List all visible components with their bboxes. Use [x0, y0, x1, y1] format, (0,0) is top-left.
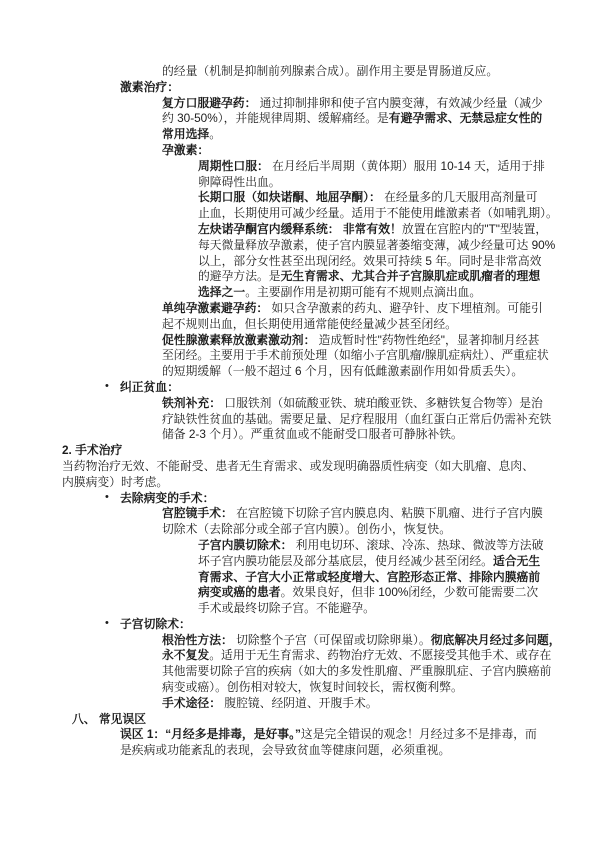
text-segment: 内膜病变）时考虑。: [62, 475, 168, 489]
bullet-icon: •: [105, 616, 109, 632]
text-segment: 放置在宫腔内的"T"型装置，: [402, 222, 547, 236]
text-segment: 切除术（去除部分或全部子宫内膜）。创伤小，恢复快。: [162, 522, 451, 536]
text-segment: 以上，部分女性甚至出现闭经。效果可持续 5 年。同时是非常高效: [198, 254, 541, 268]
text-segment: 储备 2-3 个月）。严重贫血或不能耐受口服者可静脉补铁。: [162, 427, 463, 441]
text-segment: 腹腔镜、经阴道、开腹手术。: [221, 696, 378, 710]
doc-line: 育需求、子宫大小正常或轻度增大、宫腔形态正常、排除内膜癌前: [62, 570, 569, 586]
doc-line: 止血，长期使用可减少经量。适用于不能使用雌激素者（如哺乳期）。: [62, 206, 569, 222]
doc-line: 根治性方法： 切除整个子宫（可保留或切除卵巢）。彻底解决月经过多问题，: [62, 633, 569, 649]
doc-line: 宫腔镜手术： 在宫腔镜下切除子宫内膜息肉、粘膜下肌瘤、进行子宫内膜: [62, 506, 569, 522]
text-segment: 育需求、子宫大小正常或轻度增大、宫腔形态正常、排除内膜癌前: [198, 570, 540, 584]
text-segment: 宫腔镜手术：: [162, 506, 233, 520]
doc-line: 切除术（去除部分或全部子宫内膜）。创伤小，恢复快。: [62, 522, 569, 538]
text-segment: 孕激素：: [162, 143, 209, 157]
text-segment: 在经量多的几天服用高剂量可: [381, 190, 538, 204]
doc-line: 手术途径： 腹腔镜、经阴道、开腹手术。: [62, 696, 569, 712]
text-segment: 起不规则出血，但长期使用通常能使经量减少甚至闭经。: [162, 317, 457, 331]
doc-line: 是疾病或功能紊乱的表现，会导致贫血等健康问题，必须重视。: [62, 743, 569, 759]
doc-line: 手术或最终切除子宫。不能避孕。: [62, 601, 569, 617]
text-segment: 每天微量释放孕激素，使子宫内膜显著萎缩变薄，减少经量可达 90%: [198, 238, 555, 252]
text-segment: 单纯孕激素避孕药：: [162, 301, 268, 315]
text-segment: 的短期缓解（一般不超过 6 个月，因有低雌激素副作用如骨质丢失）。: [162, 364, 523, 378]
text-segment: 病变或癌的患者: [198, 585, 281, 599]
text-segment: 手术或最终切除子宫。不能避孕。: [198, 601, 375, 615]
text-segment: 在宫腔镜下切除子宫内膜息肉、粘膜下肌瘤、进行子宫内膜: [233, 506, 543, 520]
text-segment: 这是完全错误的观念！月经过多不是排毒，而: [301, 727, 537, 741]
text-segment: 八、 常见误区: [72, 712, 146, 726]
doc-line: •纠正贫血：: [62, 380, 569, 396]
text-segment: 选择之一: [198, 285, 245, 299]
doc-line: 激素治疗：: [62, 80, 569, 96]
doc-line: 长期口服（如炔诺酮、地屈孕酮）： 在经量多的几天服用高剂量可: [62, 190, 569, 206]
text-segment: 切除整个子宫（可保留或切除卵巢）。: [233, 633, 431, 647]
doc-line: 内膜病变）时考虑。: [62, 475, 569, 491]
text-segment: 纠正贫血：: [120, 380, 179, 394]
doc-line: •子宫切除术：: [62, 617, 569, 633]
doc-line: 卵障碍性出血。: [62, 175, 569, 191]
text-segment: 永不复发: [162, 648, 209, 662]
text-segment: 子宫切除术：: [120, 617, 191, 631]
doc-line: 储备 2-3 个月）。严重贫血或不能耐受口服者可静脉补铁。: [62, 427, 569, 443]
doc-line: 当药物治疗无效、不能耐受、患者无生育需求、或发现明确器质性病变（如大肌瘤、息肉、: [62, 459, 569, 475]
text-segment: 约 30-50%），并能规律周期、缓解痛经。是: [162, 111, 389, 125]
doc-line: 病变或癌）。创伤相对较大，恢复时间较长，需权衡利弊。: [62, 680, 569, 696]
doc-line: 病变或癌的患者。效果良好，但非 100%闭经，少数可能需要二次: [62, 585, 569, 601]
text-segment: 周期性口服：: [198, 159, 269, 173]
text-segment: 促性腺激素释放激素激动剂：: [162, 333, 315, 347]
doc-line: 2. 手术治疗: [62, 443, 569, 459]
doc-line: 约 30-50%），并能规律周期、缓解痛经。是有避孕需求、无禁忌症女性的: [62, 111, 569, 127]
doc-line: 选择之一。主要副作用是初期可能有不规则点滴出血。: [62, 285, 569, 301]
text-segment: 造成暂时性"药物性绝经"，显著抑制月经甚: [315, 333, 539, 347]
text-segment: 的经量（机制是抑制前列腺素合成）。副作用主要是胃肠道反应。: [162, 64, 498, 78]
text-segment: 通过抑制排卵和使子宫内膜变薄，有效减少经量（减少: [256, 96, 542, 110]
text-segment: 有避孕需求、无禁忌症女性的: [389, 111, 542, 125]
document-lines: 的经量（机制是抑制前列腺素合成）。副作用主要是胃肠道反应。激素治疗：复方口服避孕…: [62, 64, 569, 759]
text-segment: 坏子宫内膜功能层及部分基底层，使月经减少甚至闭经。: [198, 554, 493, 568]
text-segment: 复方口服避孕药：: [162, 96, 256, 110]
doc-line: 铁剂补充： 口服铁剂（如硫酸亚铁、琥珀酸亚铁、多糖铁复合物等）是治: [62, 396, 569, 412]
doc-line: 促性腺激素释放激素激动剂： 造成暂时性"药物性绝经"，显著抑制月经甚: [62, 333, 569, 349]
text-segment: 适合无生: [493, 554, 540, 568]
text-segment: 子宫内膜切除术：: [198, 538, 292, 552]
doc-line: 以上，部分女性甚至出现闭经。效果可持续 5 年。同时是非常高效: [62, 254, 569, 270]
text-segment: 。效果良好，但非 100%闭经，少数可能需要二次: [281, 585, 539, 599]
text-segment: 如只含孕激素的药丸、避孕针、皮下埋植剂。可能引: [268, 301, 543, 315]
text-segment: 。: [209, 127, 221, 141]
text-segment: 在月经后半周期（黄体期）服用 10-14 天，适用于排: [269, 159, 545, 173]
text-segment: 的避孕方法。是: [198, 269, 281, 283]
doc-line: 每天微量释放孕激素，使子宫内膜显著萎缩变薄，减少经量可达 90%: [62, 238, 569, 254]
text-segment: 无生育需求、尤其合并子宫腺肌症或肌瘤者的理想: [281, 269, 541, 283]
text-segment: 长期口服（如炔诺酮、地屈孕酮）：: [198, 190, 381, 204]
text-segment: 。适用于无生育需求、药物治疗无效、不愿接受其他手术、或存在: [209, 648, 551, 662]
text-segment: 其他需要切除子宫的疾病（如大的多发性肌瘤、严重腺肌症、子宫内膜癌前: [162, 664, 551, 678]
doc-line: •去除病变的手术：: [62, 491, 569, 507]
doc-line: 复方口服避孕药： 通过抑制排卵和使子宫内膜变薄，有效减少经量（减少: [62, 96, 569, 112]
text-segment: 病变或癌）。创伤相对较大，恢复时间较长，需权衡利弊。: [162, 680, 463, 694]
doc-line: 左炔诺孕酮宫内缓释系统： 非常有效！放置在宫腔内的"T"型装置，: [62, 222, 569, 238]
doc-line: 起不规则出血，但长期使用通常能使经量减少甚至闭经。: [62, 317, 569, 333]
bullet-icon: •: [105, 379, 109, 395]
doc-line: 单纯孕激素避孕药： 如只含孕激素的药丸、避孕针、皮下埋植剂。可能引: [62, 301, 569, 317]
doc-line: 疗缺铁性贫血的基础。需要足量、足疗程服用（血红蛋白正常后仍需补充铁: [62, 412, 569, 428]
text-segment: 止血，长期使用可减少经量。适用于不能使用雌激素者（如哺乳期）。: [198, 206, 558, 220]
doc-line: 至闭经。主要用于手术前预处理（如缩小子宫肌瘤/腺肌症病灶）、严重症状: [62, 348, 569, 364]
document-page: 的经量（机制是抑制前列腺素合成）。副作用主要是胃肠道反应。激素治疗：复方口服避孕…: [0, 0, 595, 841]
text-segment: 口服铁剂（如硫酸亚铁、琥珀酸亚铁、多糖铁复合物等）是治: [221, 396, 543, 410]
text-segment: 疗缺铁性贫血的基础。需要足量、足疗程服用（血红蛋白正常后仍需补充铁: [162, 412, 551, 426]
doc-line: 误区 1：“月经多是排毒，是好事。”这是完全错误的观念！月经过多不是排毒，而: [62, 727, 569, 743]
doc-line: 的避孕方法。是无生育需求、尤其合并子宫腺肌症或肌瘤者的理想: [62, 269, 569, 285]
text-segment: 误区 1：“月经多是排毒，是好事。”: [120, 727, 301, 741]
doc-line: 的经量（机制是抑制前列腺素合成）。副作用主要是胃肠道反应。: [62, 64, 569, 80]
doc-line: 子宫内膜切除术： 利用电切环、滚球、冷冻、热球、微波等方法破: [62, 538, 569, 554]
text-segment: 左炔诺孕酮宫内缓释系统： 非常有效！: [198, 222, 402, 236]
text-segment: 根治性方法：: [162, 633, 233, 647]
text-segment: 去除病变的手术：: [120, 491, 214, 505]
text-segment: 。主要副作用是初期可能有不规则点滴出血。: [245, 285, 481, 299]
text-segment: 彻底解决月经过多问题，: [431, 633, 561, 647]
text-segment: 手术途径：: [162, 696, 221, 710]
text-segment: 铁剂补充：: [162, 396, 221, 410]
text-segment: 是疾病或功能紊乱的表现，会导致贫血等健康问题，必须重视。: [120, 743, 450, 757]
doc-line: 的短期缓解（一般不超过 6 个月，因有低雌激素副作用如骨质丢失）。: [62, 364, 569, 380]
doc-line: 坏子宫内膜功能层及部分基底层，使月经减少甚至闭经。适合无生: [62, 554, 569, 570]
text-segment: 至闭经。主要用于手术前预处理（如缩小子宫肌瘤/腺肌症病灶）、严重症状: [162, 348, 549, 362]
text-segment: 卵障碍性出血。: [198, 175, 281, 189]
doc-line: 永不复发。适用于无生育需求、药物治疗无效、不愿接受其他手术、或存在: [62, 648, 569, 664]
text-segment: 激素治疗：: [120, 80, 179, 94]
doc-line: 八、 常见误区: [62, 712, 569, 728]
bullet-icon: •: [105, 490, 109, 506]
text-segment: 常用选择: [162, 127, 209, 141]
doc-line: 常用选择。: [62, 127, 569, 143]
doc-line: 其他需要切除子宫的疾病（如大的多发性肌瘤、严重腺肌症、子宫内膜癌前: [62, 664, 569, 680]
text-segment: 2. 手术治疗: [62, 443, 122, 457]
doc-line: 孕激素：: [62, 143, 569, 159]
text-segment: 当药物治疗无效、不能耐受、患者无生育需求、或发现明确器质性病变（如大肌瘤、息肉、: [62, 459, 534, 473]
doc-line: 周期性口服： 在月经后半周期（黄体期）服用 10-14 天，适用于排: [62, 159, 569, 175]
text-segment: 利用电切环、滚球、冷冻、热球、微波等方法破: [292, 538, 543, 552]
